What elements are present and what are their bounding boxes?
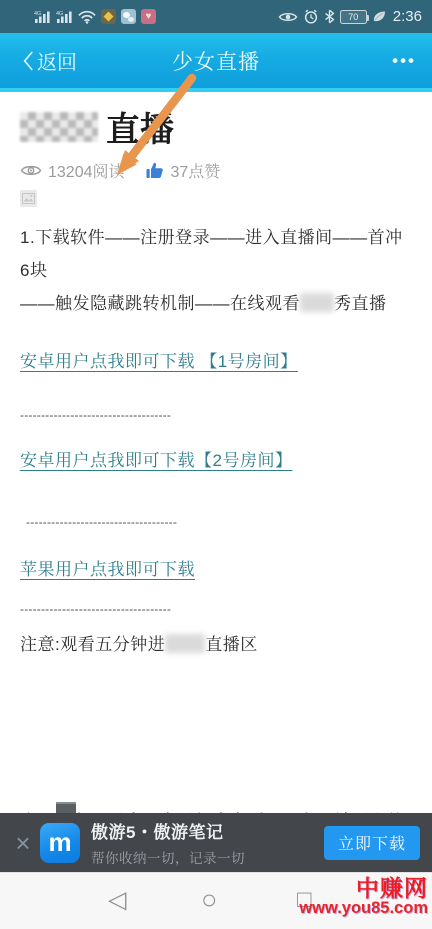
footnote-paragraph: 注：服务器量大，有时候会有延迟现象，请耐心等待 或换（直播二）下载观看 [20,803,412,813]
nav-bar: 少女直播 〈 返回 ••• [0,33,432,92]
article-title-text: 直播 [106,111,174,149]
dashed-divider: ------------------------------------ [20,408,200,422]
system-back-icon[interactable]: ◁ [108,885,126,914]
chat-app-icon [121,9,136,24]
status-bar: 4G 4G ♥ 70 2:36 [0,0,432,33]
notice-suffix: 直播区 [205,635,258,654]
watermark-site-url: www.you85.com [299,900,428,917]
battery-level: 70 [348,12,358,22]
bluetooth-icon [324,9,335,24]
dashed-divider: ------------------------------------ [20,515,200,529]
leaf-icon [372,10,386,23]
battery-icon: 70 [340,10,367,24]
download-now-button[interactable]: 立即下载 [324,826,420,860]
ad-subtitle: 帮你收纳一切，记录一切 [91,847,245,867]
like-count-label: 37点赞 [171,159,221,182]
android-download-link-room1[interactable]: 安卓用户点我即可下载 【1号房间】 [20,347,412,372]
maxthon-logo: m [40,823,80,863]
system-home-icon[interactable]: ○ [201,884,217,915]
more-menu-button[interactable]: ••• [392,51,416,71]
notice-line: 注意:观看五分钟进直播区 [20,630,412,655]
clock-time: 2:36 [393,8,422,25]
ad-text: 傲游5・傲游笔记 帮你收纳一切，记录一切 [91,818,245,867]
article-title: 直播 [20,110,412,150]
phone-screen: 4G 4G ♥ 70 2:36 少女直播 〈 返回 ••• 直播 [0,0,432,929]
android-download-link-room2[interactable]: 安卓用户点我即可下载【2号房间】 [20,446,412,471]
heart-app-icon: ♥ [141,9,156,24]
status-icons-left: 4G 4G ♥ [34,9,156,24]
ad-banner[interactable]: × m 傲游5・傲游笔记 帮你收纳一切，记录一切 立即下载 [0,813,432,872]
page-title: 少女直播 [0,46,432,76]
ad-title: 傲游5・傲游笔记 [91,818,245,843]
broken-image-placeholder [20,190,37,207]
ios-download-link[interactable]: 苹果用户点我即可下载 [20,555,412,580]
status-icons-right: 70 2:36 [278,8,422,25]
censored-title-mosaic [20,112,98,142]
like-button[interactable]: 37点赞 [145,159,221,182]
svg-text:4G: 4G [56,11,63,17]
dashed-divider: ------------------------------------ [20,602,200,616]
steps-line1: 1.下载软件——注册登录——进入直播间——首冲6块 [20,228,403,280]
watermark: 中赚网 www.you85.com [299,876,428,917]
article-stats: 13204阅读 37点赞 [20,159,412,182]
signal-4g-icon: 4G [56,10,73,23]
read-count: 13204阅读 [20,159,125,182]
signal-4g-icon: 4G [34,10,51,23]
close-icon[interactable]: × [12,830,34,856]
read-count-label: 13204阅读 [48,159,125,182]
steps-line2-suffix: 秀直播 [334,294,387,313]
steps-line2-prefix: ——触发隐藏跳转机制——在线观看 [20,294,300,313]
notice-prefix: 注意:观看五分钟进 [20,635,165,654]
eye-icon [20,163,42,178]
image-glyph-icon [22,193,35,204]
censored-word-blur [165,634,205,653]
svg-text:4G: 4G [34,11,41,17]
censored-word-blur [300,293,334,312]
wifi-icon [78,10,96,24]
maxthon-logo-letter: m [48,827,71,858]
steps-paragraph: 1.下载软件——注册登录——进入直播间——首冲6块 ——触发隐藏跳转机制——在线… [20,221,412,320]
article-content: 直播 13204阅读 37点赞 1.下载软件——注册登录——进入直播间——首冲6… [0,96,432,813]
alarm-clock-icon [303,9,319,24]
eye-protection-icon [278,10,298,24]
thumbs-up-icon [145,161,165,180]
watermark-site-name: 中赚网 [299,876,428,900]
app-notification-icon [101,9,116,24]
